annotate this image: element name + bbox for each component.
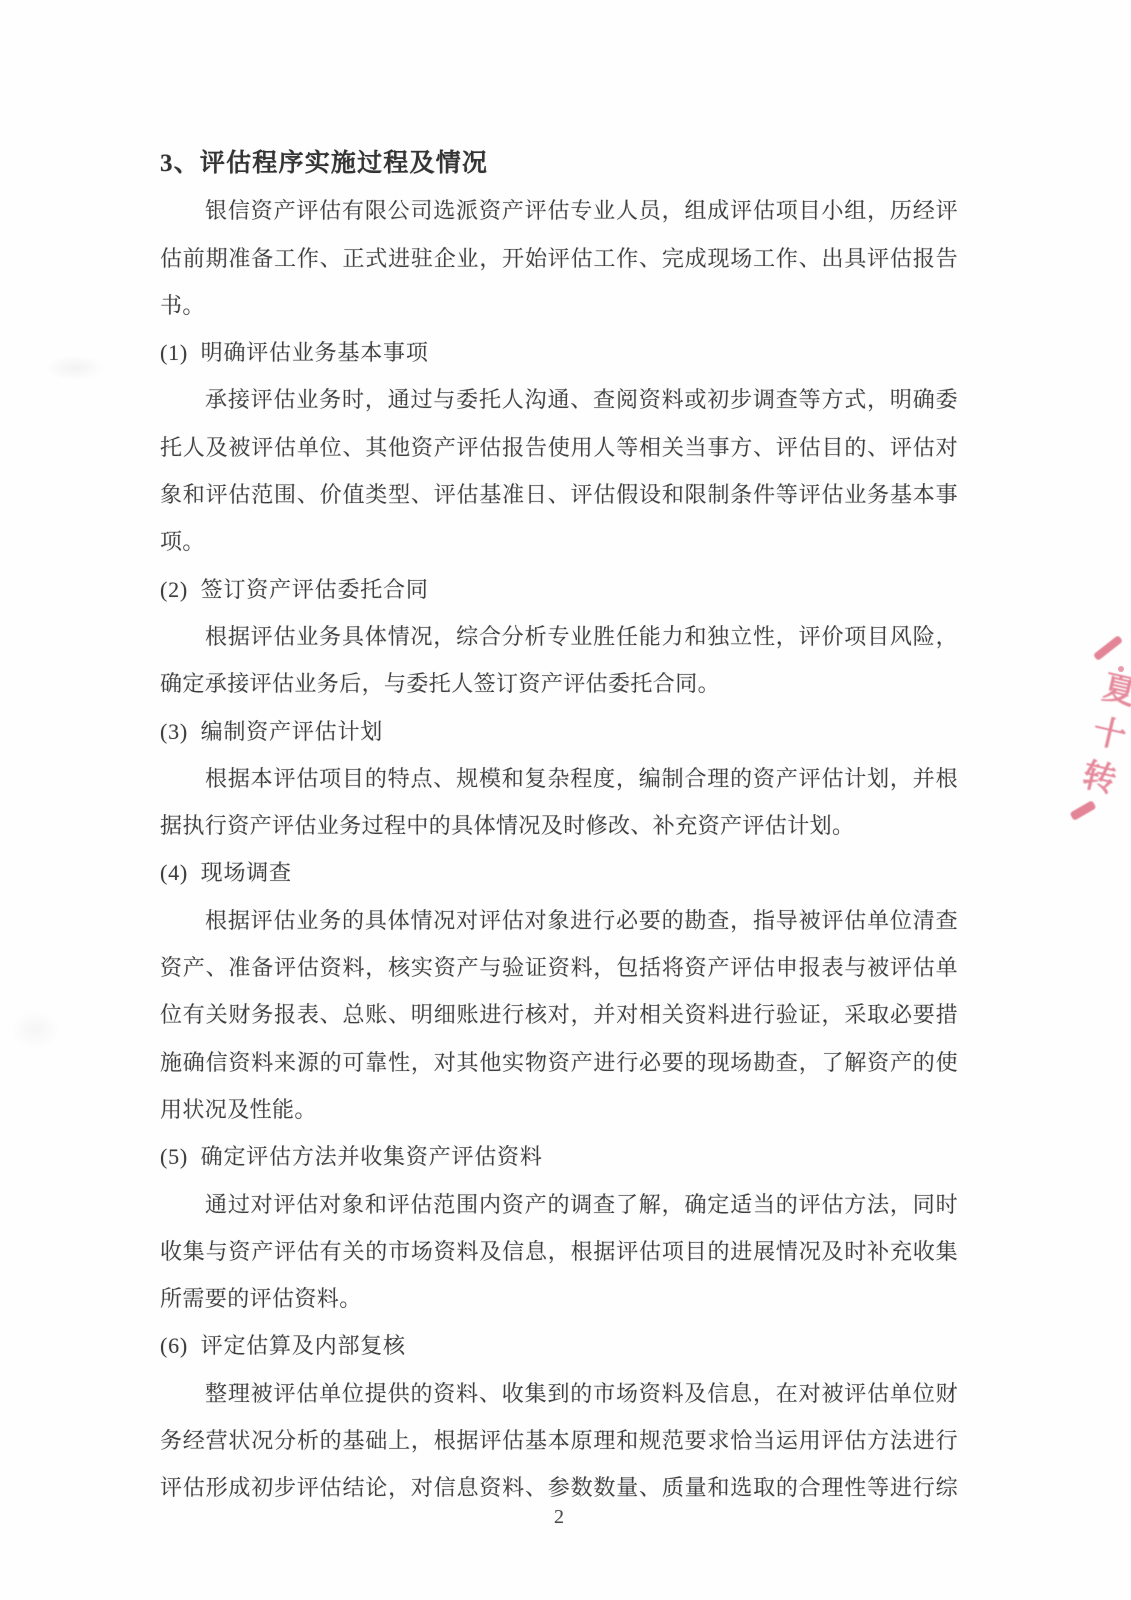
body-text-line: 根据本评估项目的特点、规模和复杂程度，编制合理的资产评估计划，并根 bbox=[160, 755, 958, 802]
body-text-line: 银信资产评估有限公司选派资产评估专业人员，组成评估项目小组，历经评 bbox=[160, 187, 958, 234]
numbered-item-label: (1) 明确评估业务基本事项 bbox=[160, 329, 958, 376]
body-text-line: 通过对评估对象和评估范围内资产的调查了解，确定适当的评估方法，同时 bbox=[160, 1181, 958, 1228]
body-text-line: 资产、准备评估资料，核实资产与验证资料，包括将资产评估申报表与被评估单 bbox=[160, 944, 958, 991]
body-text-line: 根据评估业务的具体情况对评估对象进行必要的勘查，指导被评估单位清查 bbox=[160, 897, 958, 944]
body-text-line: 据执行资产评估业务过程中的具体情况及时修改、补充资产评估计划。 bbox=[160, 802, 958, 849]
page-number: 2 bbox=[160, 1506, 958, 1529]
section-heading: 3、评估程序实施过程及情况 bbox=[160, 140, 958, 187]
body-text-line: 估前期准备工作、正式进驻企业，开始评估工作、完成现场工作、出具评估报告 bbox=[160, 235, 958, 282]
body-text-line: 施确信资料来源的可靠性，对其他实物资产进行必要的现场勘查，了解资产的使 bbox=[160, 1039, 958, 1086]
body-text-line: 确定承接评估业务后，与委托人签订资产评估委托合同。 bbox=[160, 660, 958, 707]
seal-ink-dot bbox=[1118, 666, 1124, 672]
body-text-line: 务经营状况分析的基础上，根据评估基本原理和规范要求恰当运用评估方法进行 bbox=[160, 1417, 958, 1464]
body-text-line: 承接评估业务时，通过与委托人沟通、查阅资料或初步调查等方式，明确委 bbox=[160, 376, 958, 423]
body-text-line: 所需要的评估资料。 bbox=[160, 1275, 958, 1322]
numbered-item-label: (3) 编制资产评估计划 bbox=[160, 708, 958, 755]
body-text-line: 评估形成初步评估结论，对信息资料、参数数量、质量和选取的合理性等进行综 bbox=[160, 1464, 958, 1511]
body-text-line: 收集与资产评估有关的市场资料及信息，根据评估项目的进展情况及时补充收集 bbox=[160, 1228, 958, 1275]
body-text-line: 项。 bbox=[160, 518, 958, 565]
numbered-item-label: (2) 签订资产评估委托合同 bbox=[160, 566, 958, 613]
body-text-line: 根据评估业务具体情况，综合分析专业胜任能力和独立性，评价项目风险， bbox=[160, 613, 958, 660]
numbered-item-label: (6) 评定估算及内部复核 bbox=[160, 1322, 958, 1369]
body-text-line: 书。 bbox=[160, 282, 958, 329]
seal-arc-stroke-bottom bbox=[1069, 800, 1096, 821]
body-text-line: 象和评估范围、价值类型、评估基准日、评估假设和限制条件等评估业务基本事 bbox=[160, 471, 958, 518]
body-text-line: 用状况及性能。 bbox=[160, 1086, 958, 1133]
document-text-block: 3、评估程序实施过程及情况银信资产评估有限公司选派资产评估专业人员，组成评估项目… bbox=[160, 140, 958, 1512]
body-text-line: 位有关财务报表、总账、明细账进行核对，并对相关资料进行验证，采取必要措 bbox=[160, 991, 958, 1038]
seal-characters: 夏十转 bbox=[1067, 666, 1131, 808]
numbered-item-label: (4) 现场调查 bbox=[160, 849, 958, 896]
scanned-document-page: 3、评估程序实施过程及情况银信资产评估有限公司选派资产评估专业人员，组成评估项目… bbox=[0, 0, 1131, 1600]
seal-arc-stroke-top bbox=[1093, 635, 1123, 661]
body-text-line: 托人及被评估单位、其他资产评估报告使用人等相关当事方、评估目的、评估对 bbox=[160, 424, 958, 471]
red-seal-fragment: 夏十转 bbox=[1066, 618, 1131, 833]
numbered-item-label: (5) 确定评估方法并收集资产评估资料 bbox=[160, 1133, 958, 1180]
body-text-line: 整理被评估单位提供的资料、收集到的市场资料及信息，在对被评估单位财 bbox=[160, 1370, 958, 1417]
